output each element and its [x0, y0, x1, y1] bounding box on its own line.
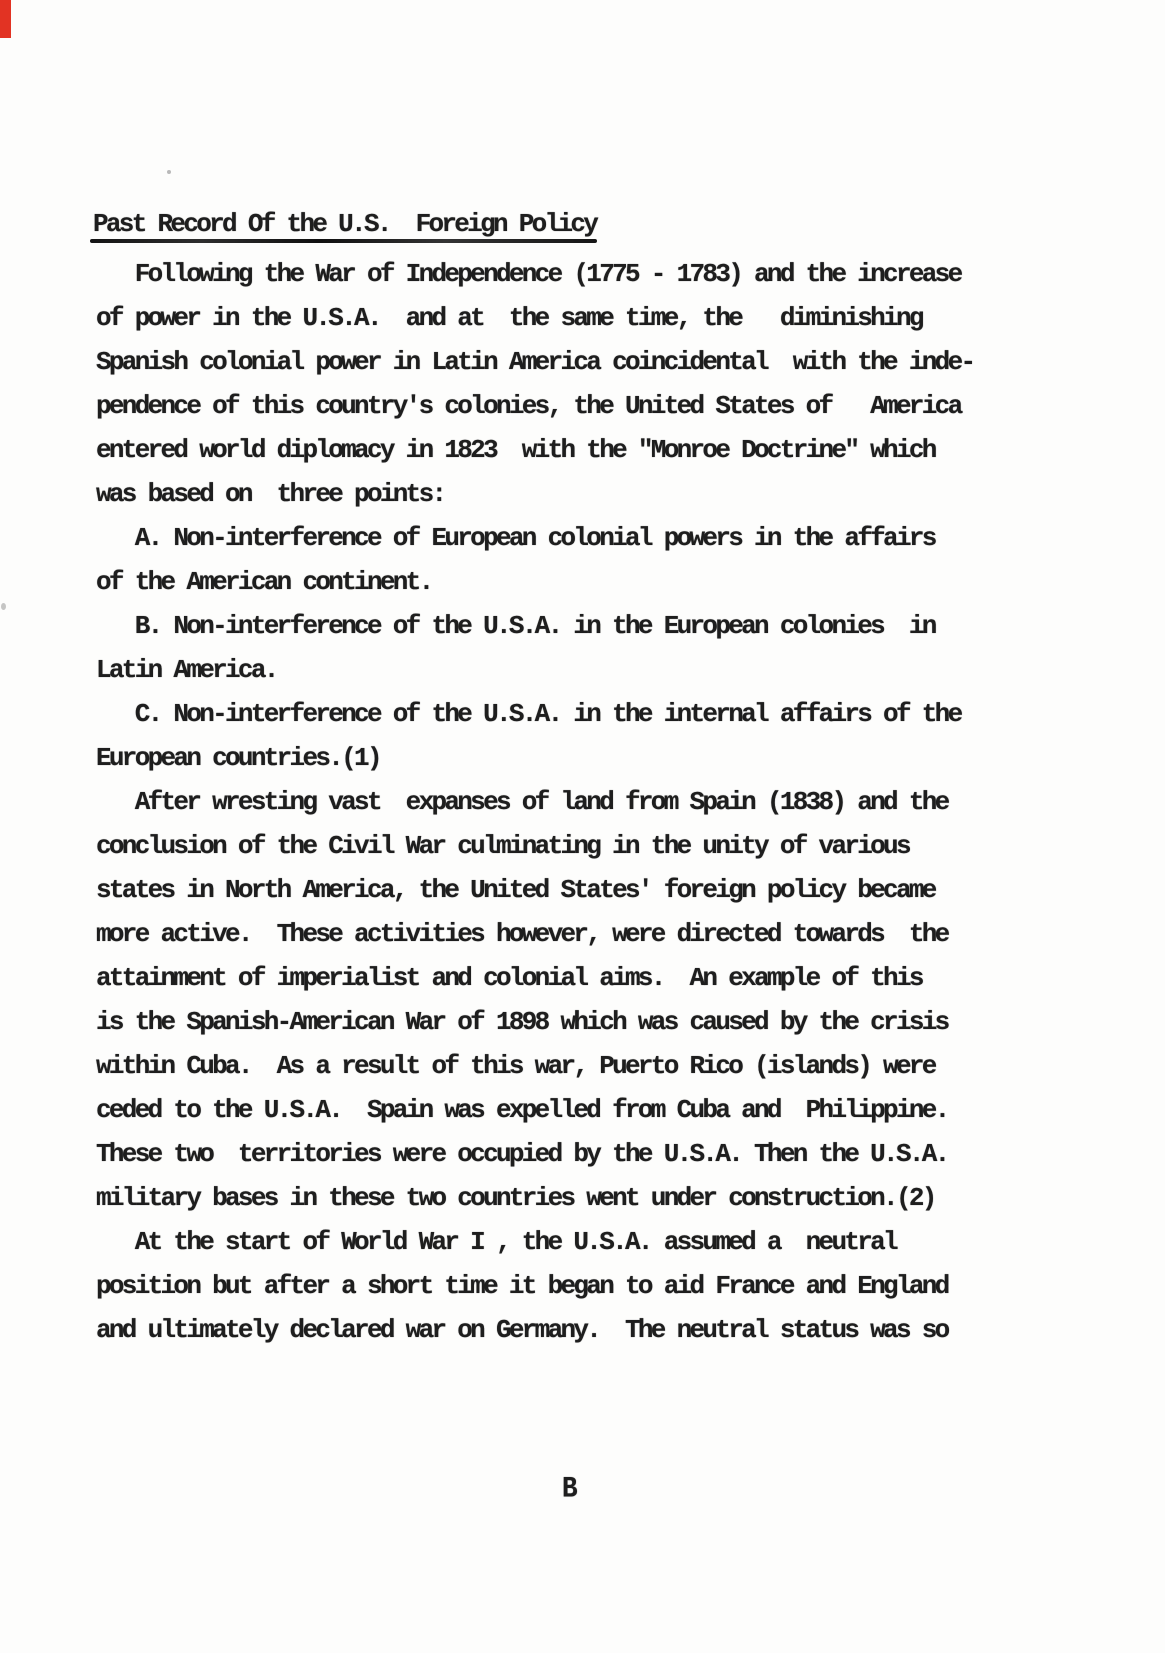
document-body-text: Following the War of Independence (1775 …: [96, 252, 973, 1352]
scan-speck: [1, 603, 6, 610]
scan-red-mark: [0, 0, 11, 38]
document-page: Past Record Of the U.S. Foreign Policy F…: [0, 0, 1165, 1653]
scan-speck: [167, 170, 171, 174]
title-underline: [90, 239, 597, 243]
page-number: B: [562, 1471, 578, 1506]
